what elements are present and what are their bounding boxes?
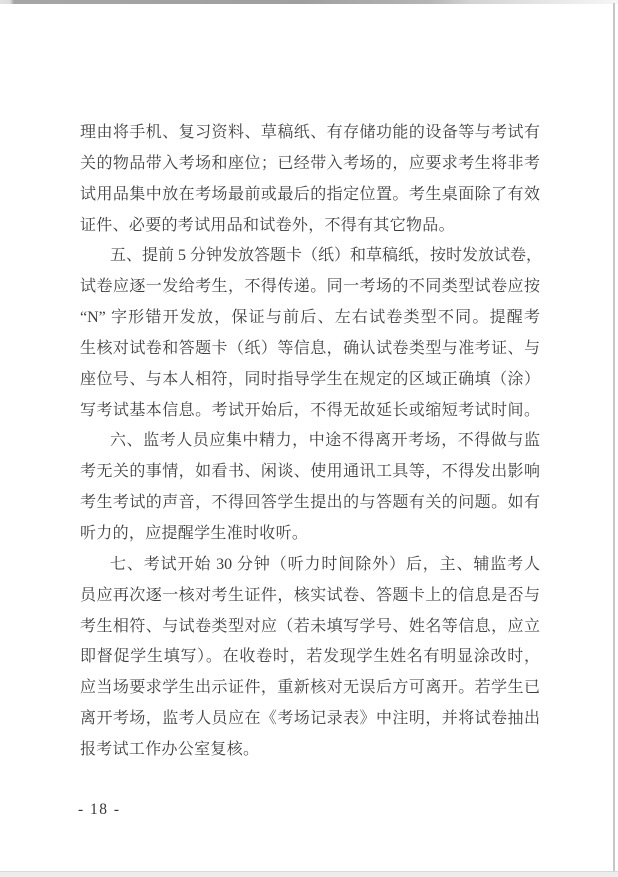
text-line: 座位号、与本人相符，同时指导学生在规定的区域正确填（涂） <box>80 365 540 396</box>
page-number: - 18 - <box>78 801 121 819</box>
text-line: 考无关的事情，如看书、闲谈、使用通讯工具等，不得发出影响 <box>80 457 540 488</box>
text-line: 六、监考人员应集中精力，中途不得离开考场，不得做与监 <box>80 426 540 457</box>
paragraph: 六、监考人员应集中精力，中途不得离开考场，不得做与监 考无关的事情，如看书、闲谈… <box>80 426 540 549</box>
paragraph: 七、考试开始 30 分钟（听力时间除外）后，主、辅监考人 员应再次逐一核对考生证… <box>80 550 540 766</box>
text-line: “N” 字形错开发放，保证与前后、左右试卷类型不同。提醒考 <box>80 303 540 334</box>
text-line: 证件、必要的考试用品和试卷外，不得有其它物品。 <box>80 211 540 242</box>
text-line: 五、提前 5 分钟发放答题卡（纸）和草稿纸，按时发放试卷， <box>80 241 540 272</box>
text-line: 试卷应逐一发给考生，不得传递。同一考场的不同类型试卷应按 <box>80 272 540 303</box>
text-line: 七、考试开始 30 分钟（听力时间除外）后，主、辅监考人 <box>80 550 540 581</box>
document-body: 理由将手机、复习资料、草稿纸、有存储功能的设备等与考试有 关的物品带入考场和座位… <box>80 118 540 766</box>
text-line: 听力的，应提醒学生准时收听。 <box>80 519 540 550</box>
scan-edge-right <box>613 3 615 872</box>
text-line: 报考试工作办公室复核。 <box>80 735 540 766</box>
paragraph: 理由将手机、复习资料、草稿纸、有存储功能的设备等与考试有 关的物品带入考场和座位… <box>80 118 540 241</box>
text-line: 离开考场，监考人员应在《考场记录表》中注明，并将试卷抽出 <box>80 704 540 735</box>
text-line: 即督促学生填写）。在收卷时，若发现学生姓名有明显涂改时， <box>80 642 540 673</box>
text-line: 试用品集中放在考场最前或最后的指定位置。考生桌面除了有效 <box>80 180 540 211</box>
scanned-document-page: { "colors": { "paper": "#ffffff", "ink":… <box>0 0 618 877</box>
text-line: 考生考试的声音，不得回答学生提出的与答题有关的问题。如有 <box>80 488 540 519</box>
text-line: 关的物品带入考场和座位；已经带入考场的，应要求考生将非考 <box>80 149 540 180</box>
text-line: 考生相符、与试卷类型对应（若未填写学号、姓名等信息，应立 <box>80 612 540 643</box>
scan-edge-bottom <box>0 871 618 877</box>
text-line: 生核对试卷和答题卡（纸）等信息，确认试卷类型与准考证、与 <box>80 334 540 365</box>
text-line: 员应再次逐一核对考生证件，核实试卷、答题卡上的信息是否与 <box>80 581 540 612</box>
scan-edge-top <box>0 0 618 4</box>
text-line: 应当场要求学生出示证件，重新核对无误后方可离开。若学生已 <box>80 673 540 704</box>
text-line: 写考试基本信息。考试开始后，不得无故延长或缩短考试时间。 <box>80 396 540 427</box>
paragraph: 五、提前 5 分钟发放答题卡（纸）和草稿纸，按时发放试卷， 试卷应逐一发给考生，… <box>80 241 540 426</box>
text-line: 理由将手机、复习资料、草稿纸、有存储功能的设备等与考试有 <box>80 118 540 149</box>
